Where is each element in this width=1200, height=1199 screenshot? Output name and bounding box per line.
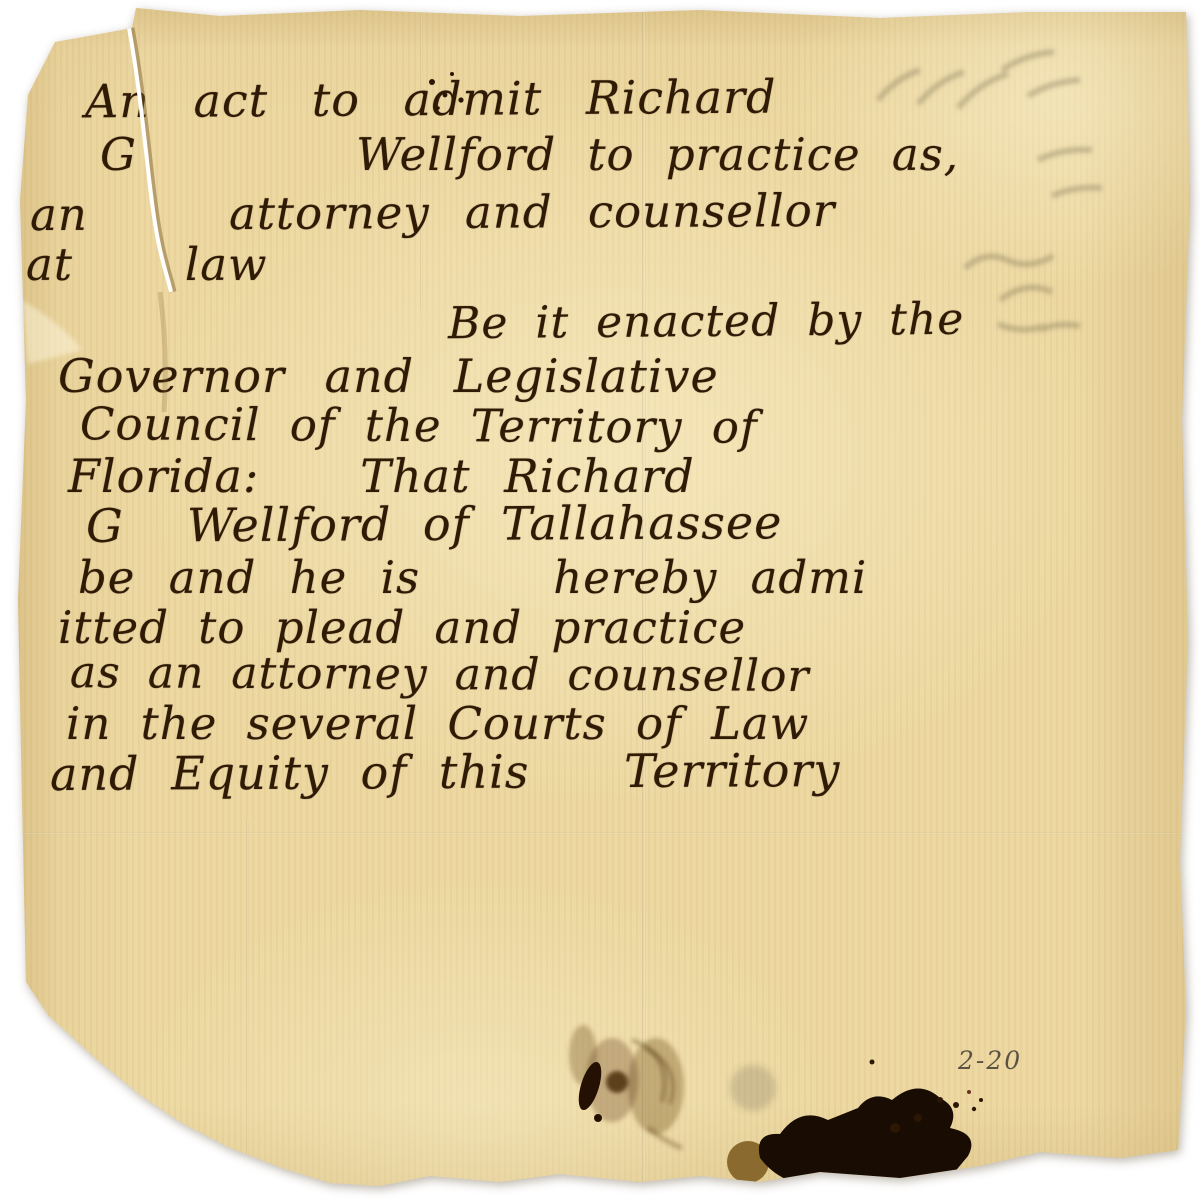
pencil-dot [967, 1090, 971, 1094]
manuscript-line-14: and Equity of this Territory [50, 743, 841, 801]
bleed-through-marks [878, 52, 1102, 330]
fold-crease-horizontal [20, 832, 1180, 835]
fingerprint-smudge [569, 1025, 684, 1148]
manuscript-line-12: as an attorney and counsellor [70, 647, 810, 702]
manuscript-line-1: An act to admit Richard [85, 70, 777, 129]
manuscript-line-13: in the several Courts of Law [66, 697, 809, 750]
manuscript-line-2: G Wellford to practice as, [100, 128, 959, 181]
faint-stain [730, 1065, 776, 1111]
manuscript-line-5: Be it enacted by the [448, 294, 965, 350]
manuscript-line-3: an attorney and counsellor [30, 184, 836, 241]
manuscript-line-8: Florida: That Richard [68, 449, 695, 503]
manuscript-line-6: Governor and Legislative [58, 349, 719, 403]
manuscript-line-7: Council of the Territory of [80, 397, 758, 454]
ink-dash-drip [594, 1114, 602, 1122]
ink-dash [574, 1059, 606, 1112]
manuscript-line-9: G Wellford of Tallahassee [86, 495, 783, 553]
ink-blot [727, 1060, 983, 1192]
manuscript-line-4: at law [26, 238, 268, 291]
manuscript-line-10: be and he is hereby admi [78, 551, 867, 604]
paper-sheet-wrapper: An act to admit Richard G Wellford to pr… [0, 0, 1200, 1199]
manuscript-scan: An act to admit Richard G Wellford to pr… [0, 0, 1200, 1199]
paper-sheet: An act to admit Richard G Wellford to pr… [0, 0, 1200, 1199]
manuscript-line-11: itted to plead and practice [58, 601, 746, 654]
fold-crease-bottom [246, 820, 249, 1190]
pencil-page-number: 2-20 [958, 1046, 1022, 1075]
